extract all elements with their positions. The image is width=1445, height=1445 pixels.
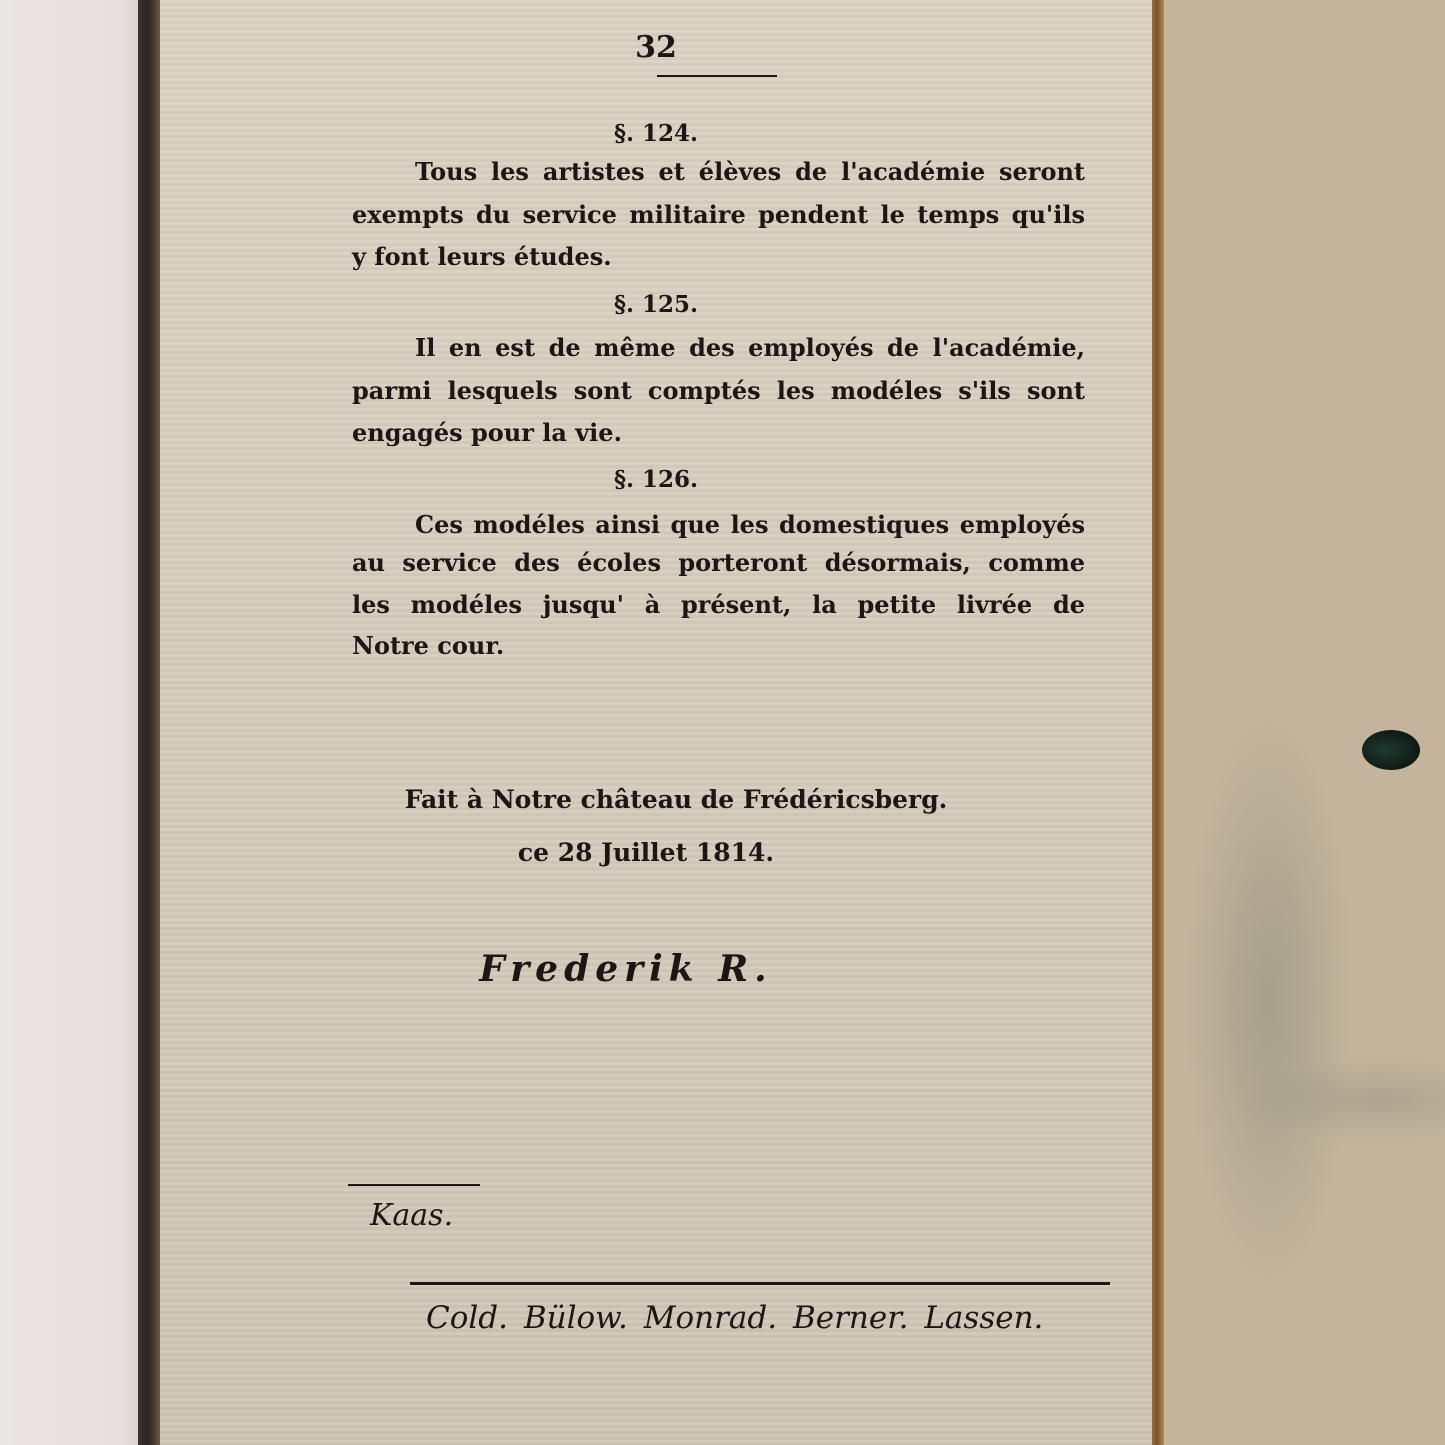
adjacent-page bbox=[1160, 0, 1445, 1445]
paragraph-line: Ces modéles ainsi que les domestiques em… bbox=[415, 510, 1085, 539]
paragraph-line: engagés pour la vie. bbox=[352, 418, 1085, 447]
paragraph-line: Il en est de même des employés de l'acad… bbox=[415, 333, 1085, 362]
royal-signature: Frederik R. bbox=[130, 948, 1122, 990]
page-edge bbox=[1150, 0, 1164, 1445]
paragraph-line: Tous les artistes et élèves de l'académi… bbox=[415, 157, 1085, 186]
paragraph-line: les modéles jusqu' à présent, la petite … bbox=[352, 590, 1085, 619]
background-surface bbox=[0, 0, 148, 1445]
paragraph-line: parmi lesquels sont comptés les modéles … bbox=[352, 376, 1085, 405]
paragraph-line: y font leurs études. bbox=[352, 242, 1085, 271]
paragraph-line: exempts du service militaire pendent le … bbox=[352, 200, 1085, 229]
countersignature: Kaas. bbox=[370, 1198, 453, 1233]
paragraph-line: Notre cour. bbox=[352, 631, 1085, 660]
paragraph-line: au service des écoles porteront désormai… bbox=[352, 548, 1085, 577]
closing-place: Fait à Notre château de Frédéricsberg. bbox=[180, 785, 1172, 814]
ink-stain bbox=[1362, 730, 1420, 770]
closing-date: ce 28 Juillet 1814. bbox=[150, 838, 1142, 867]
section-heading-126: §. 126. bbox=[160, 466, 1152, 493]
page-number: 32 bbox=[160, 30, 1152, 65]
section-heading-124: §. 124. bbox=[160, 120, 1152, 147]
book-page: 32 §. 124. Tous les artistes et élèves d… bbox=[160, 0, 1152, 1445]
ministers-rule bbox=[410, 1282, 1110, 1285]
signature-rule bbox=[348, 1184, 480, 1186]
section-heading-125: §. 125. bbox=[160, 291, 1152, 318]
ministers-signatures: Cold. Bülow. Monrad. Berner. Lassen. bbox=[426, 1300, 1043, 1336]
header-rule bbox=[657, 75, 777, 77]
